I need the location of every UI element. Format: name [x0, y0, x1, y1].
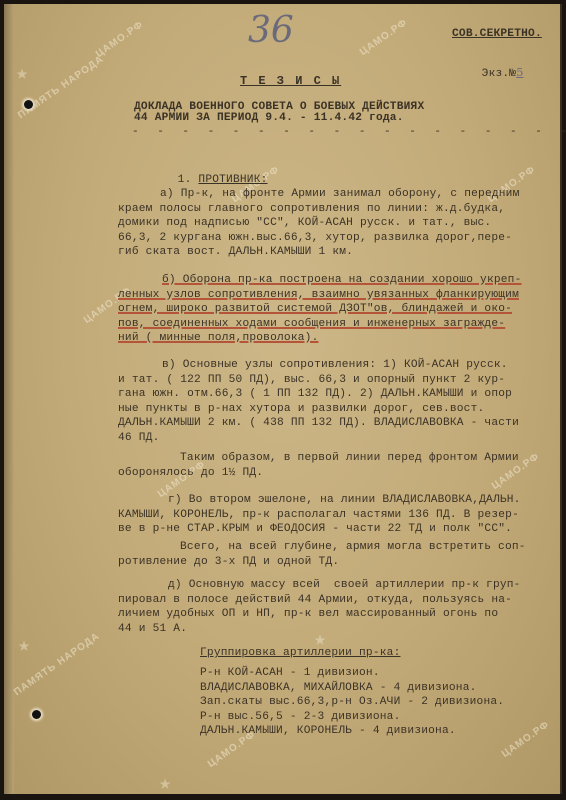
text-line: ДАЛЬН.КАМЫШИ 2 км. ( 438 ПП 132 ПД). ВЛА…: [118, 417, 519, 429]
text-line: оборонялось до 1½ ПД.: [118, 467, 263, 479]
text-line: ний ( минные поля,проволока).: [118, 332, 319, 344]
text-line: гиб ската вост. ДАЛЬН.КАМЫШИ 1 км.: [118, 246, 353, 258]
text-line: ные пункты в р-нах хутора и развилки дор…: [118, 403, 484, 415]
watermark: ЦАМО.РФ: [358, 17, 410, 58]
document-title: Т Е З И С Ы: [240, 74, 341, 88]
text-line: огнем, широко развитой системой ДЗОТ"ов,…: [118, 303, 512, 315]
text-line: ленных узлов сопротивления, взаимно увяз…: [118, 289, 519, 301]
text-line: ротивление до 3-х ПД и одной ТД.: [118, 556, 339, 568]
title-line-2: 44 АРМИИ ЗА ПЕРИОД 9.4. - 11.4.42 года.: [134, 112, 404, 124]
text-line: 66,3, 2 кургана южн.выс.66,3, хутор, раз…: [118, 232, 512, 244]
text-line: Всего, на всей глубине, армия могла встр…: [180, 541, 526, 553]
text-line: г) Во втором эшелоне, на линии ВЛАДИСЛАВ…: [168, 494, 521, 506]
punch-hole: [24, 100, 33, 109]
text-line: ве в р-не СТАР.КРЫМ и ФЕОДОСИЯ - части 2…: [118, 523, 512, 535]
page-number: 36: [248, 10, 294, 51]
watermark: ПАМЯТЬ НАРОДА: [16, 54, 106, 122]
text-line: Р-н выс.56,5 - 2-3 дивизиона.: [200, 711, 401, 723]
artillery-heading: Группировка артиллерии пр-ка:: [200, 647, 401, 659]
text-line: ВЛАДИСЛАВОВКА, МИХАЙЛОВКА - 4 дивизиона.: [200, 682, 477, 694]
text-line: а) Пр-к, на фронте Армии занимал оборону…: [160, 188, 520, 200]
text-line: Таким образом, в первой линии перед фрон…: [180, 452, 519, 464]
copy-label-text: Экз.№: [482, 68, 517, 80]
section-title: ПРОТИВНИК:: [198, 174, 267, 186]
text-line: и тат. ( 122 ПП 50 ПД), выс. 66,3 и опор…: [118, 374, 505, 386]
copy-label: Экз.№5: [454, 54, 524, 92]
text-line: б) Оборона пр-ка построена на создании х…: [162, 274, 522, 286]
text-line: 44 и 51 А.: [118, 623, 187, 635]
title-separator: - - - - - - - - - - - - - - - - - - - -.: [132, 126, 566, 138]
text-line: гана южн. отм.66,3 ( 1 ПП 132 ПД). 2) ДА…: [118, 388, 512, 400]
star-icon: ★: [16, 60, 28, 86]
watermark: ЦАМО.РФ: [500, 719, 552, 760]
text-line: ДАЛЬН.КАМЫШИ, КОРОНЕЛЬ - 4 дивизиона.: [200, 725, 456, 737]
text-line: домики под надписью "СС", КОЙ-АСАН русск…: [118, 217, 491, 229]
star-icon: ★: [159, 770, 171, 796]
punch-hole: [32, 710, 41, 719]
section-number: 1.: [178, 174, 192, 186]
text-line: личием удобных ОП и НП, пр-к вел массиро…: [118, 608, 498, 620]
text-line: 46 ПД.: [118, 432, 159, 444]
document-page: ЦАМО.РФ ЦАМО.РФ ЦАМО.РФ ЦАМО.РФ ЦАМО.РФ …: [4, 4, 562, 794]
text-line: пов, соединенных ходами сообщения и инже…: [118, 318, 505, 330]
text-line: Р-н КОЙ-АСАН - 1 дивизион.: [200, 667, 380, 679]
text-line: КАМЫШИ, КОРОНЕЛЬ, пр-к располагал частям…: [118, 509, 519, 521]
text-line: пировал в полосе действий 44 Армии, отку…: [118, 594, 512, 606]
watermark: ЦАМО.РФ: [94, 19, 146, 60]
text-line: д) Основную массу всей своей артиллерии …: [168, 579, 521, 591]
copy-number: 5: [516, 66, 523, 79]
text-line: в) Основные узлы сопротивления: 1) КОЙ-А…: [162, 359, 508, 371]
classification-stamp: СОВ.СЕКРЕТНО.: [452, 28, 542, 40]
text-line: краем полосы главного сопротивления по л…: [118, 203, 505, 215]
star-icon: ★: [18, 632, 30, 658]
text-line: Зап.скаты выс.66,3,р-н Оз.АЧИ - 2 дивизи…: [200, 696, 504, 708]
